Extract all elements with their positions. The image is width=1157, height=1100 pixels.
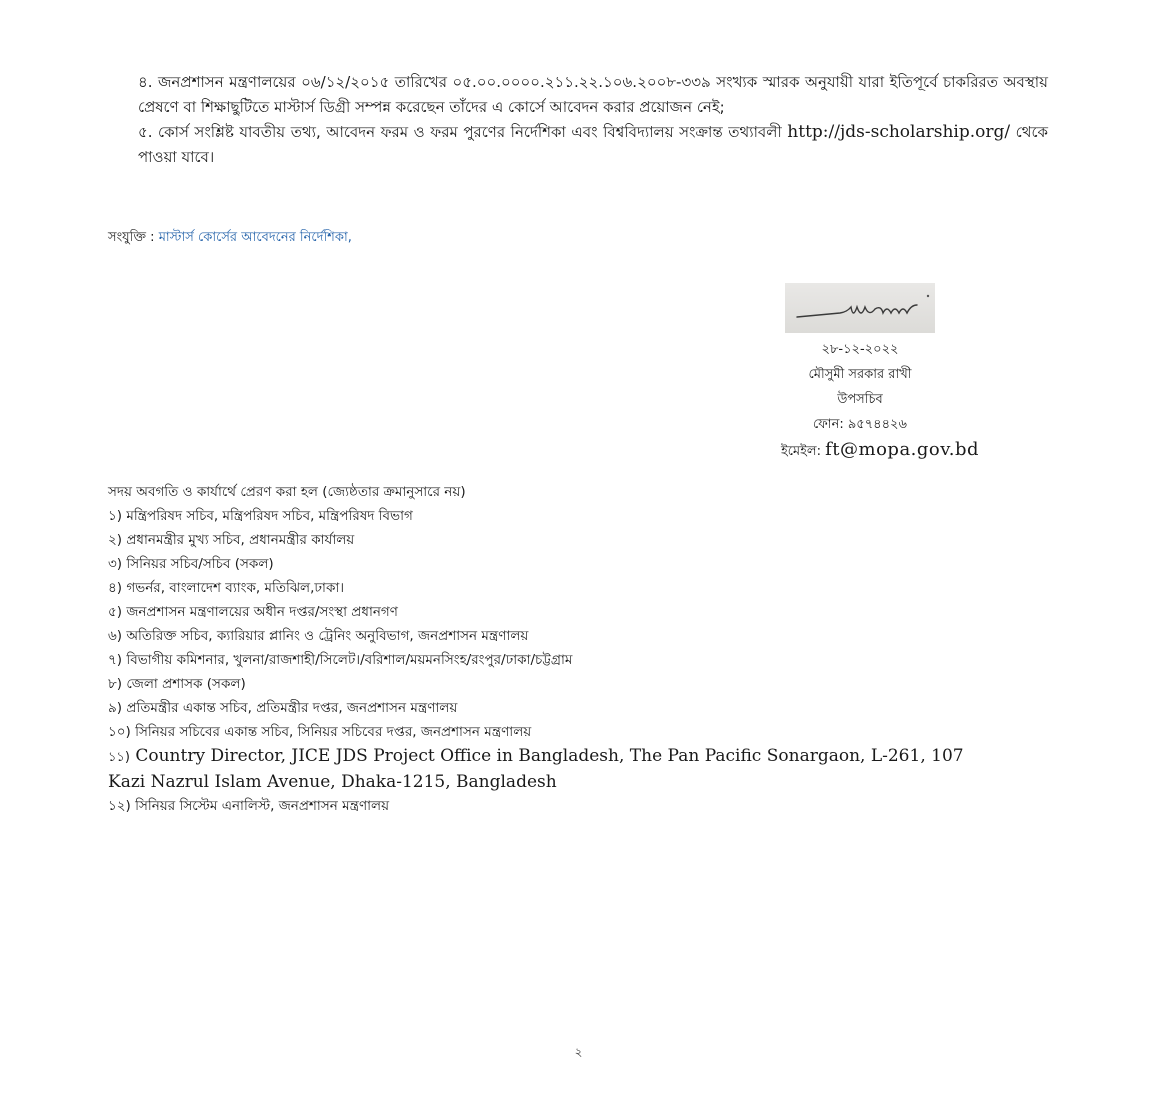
- distribution-item: ৭) বিভাগীয় কমিশনার, খুলনা/রাজশাহী/সিলেট…: [108, 648, 1008, 672]
- email-label: ইমেইল:: [781, 444, 821, 459]
- distribution-item-jice: ১১) Country Director, JICE JDS Project O…: [108, 744, 988, 794]
- signature-image: [785, 283, 935, 333]
- distribution-item: ৯) প্রতিমন্ত্রীর একান্ত সচিব, প্রতিমন্ত্…: [108, 696, 1008, 720]
- document-page: ৪. জনপ্রশাসন মন্ত্রণালয়ের ০৬/১২/২০১৫ তা…: [0, 0, 1157, 1100]
- distribution-item: ২) প্রধানমন্ত্রীর মুখ্য সচিব, প্রধানমন্ত…: [108, 528, 1008, 552]
- signatory-email: ইমেইল: ft@mopa.gov.bd: [740, 437, 1020, 465]
- distribution-list: সদয় অবগতি ও কার্যার্থে প্রেরণ করা হল (জ…: [108, 480, 1008, 818]
- jds-scholarship-url[interactable]: http://jds-scholarship.org/: [787, 122, 1010, 142]
- distribution-item: ৩) সিনিয়র সচিব/সচিব (সকল): [108, 552, 1008, 576]
- distribution-heading: সদয় অবগতি ও কার্যার্থে প্রেরণ করা হল (জ…: [108, 480, 1008, 504]
- instructions-section: ৪. জনপ্রশাসন মন্ত্রণালয়ের ০৬/১২/২০১৫ তা…: [108, 70, 1048, 170]
- signatory-designation: উপসচিব: [700, 387, 1020, 412]
- attachment-link[interactable]: মাস্টার্স কোর্সের আবেদনের নির্দেশিকা,: [159, 230, 352, 245]
- signature-block: ২৮-১২-২০২২ মৌসুমী সরকার রাখী উপসচিব ফোন:…: [700, 283, 1020, 465]
- distribution-item-number: ১১): [108, 750, 130, 765]
- distribution-item-text: Country Director, JICE JDS Project Offic…: [108, 746, 964, 792]
- signatory-phone: ফোন: ৯৫৭৪৪২৬: [700, 412, 1020, 437]
- distribution-item: ৫) জনপ্রশাসন মন্ত্রণালয়ের অধীন দপ্তর/সং…: [108, 600, 1008, 624]
- attachment-label: সংযুক্তি :: [108, 230, 155, 245]
- attachment-line: সংযুক্তি : মাস্টার্স কোর্সের আবেদনের নির…: [108, 228, 352, 249]
- signature-date: ২৮-১২-২০২২: [700, 337, 1020, 362]
- distribution-item: ১) মন্ত্রিপরিষদ সচিব, মন্ত্রিপরিষদ সচিব,…: [108, 504, 1008, 528]
- distribution-item: ৬) অতিরিক্ত সচিব, ক্যারিয়ার প্লানিং ও ট…: [108, 624, 1008, 648]
- instruction-item-5-text: ৫. কোর্স সংশ্লিষ্ট যাবতীয় তথ্য, আবেদন ফ…: [138, 123, 782, 141]
- page-number: ২: [0, 1044, 1157, 1064]
- distribution-item: ৮) জেলা প্রশাসক (সকল): [108, 672, 1008, 696]
- signature-scribble-icon: [785, 283, 935, 333]
- signatory-name: মৌসুমী সরকার রাখী: [700, 362, 1020, 387]
- instruction-item-5: ৫. কোর্স সংশ্লিষ্ট যাবতীয় তথ্য, আবেদন ফ…: [108, 120, 1048, 170]
- distribution-item: ১০) সিনিয়র সচিবের একান্ত সচিব, সিনিয়র …: [108, 720, 1008, 744]
- email-address[interactable]: ft@mopa.gov.bd: [825, 439, 979, 460]
- distribution-item: ৪) গভর্নর, বাংলাদেশ ব্যাংক, মতিঝিল,ঢাকা।: [108, 576, 1008, 600]
- distribution-item: ১২) সিনিয়র সিস্টেম এনালিস্ট, জনপ্রশাসন …: [108, 794, 1008, 818]
- instruction-item-4: ৪. জনপ্রশাসন মন্ত্রণালয়ের ০৬/১২/২০১৫ তা…: [108, 70, 1048, 120]
